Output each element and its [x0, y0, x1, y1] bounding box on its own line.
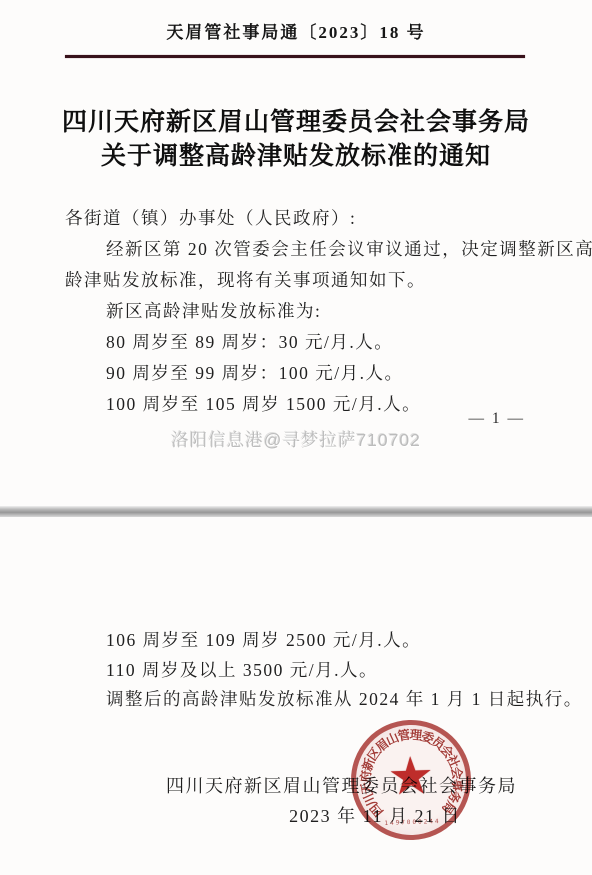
salutation-line: 各街道（镇）办事处（人民政府）:: [65, 203, 531, 234]
document-number: 天眉管社事局通〔2023〕18 号: [0, 18, 592, 43]
header-rule: [65, 55, 525, 58]
paragraph-line: 新区高龄津贴发放标准为:: [65, 296, 531, 327]
standard-line-90-99: 90 周岁至 99 周岁：100 元/月.人。: [65, 358, 531, 389]
title-line-1: 四川天府新区眉山管理委员会社会事务局: [62, 109, 530, 136]
standard-line-110-plus: 110 周岁及以上 3500 元/月.人。: [65, 656, 531, 686]
document-title: 四川天府新区眉山管理委员会社会事务局关于调整高龄津贴发放标准的通知: [0, 106, 592, 174]
scanned-notice-document: 天眉管社事局通〔2023〕18 号 四川天府新区眉山管理委员会社会事务局关于调整…: [0, 0, 592, 875]
paragraph-line: 龄津贴发放标准，现将有关事项通知如下。: [65, 265, 531, 296]
effective-date-line: 调整后的高龄津贴发放标准从 2024 年 1 月 1 日起执行。: [65, 685, 531, 715]
star-icon: ★: [387, 750, 435, 804]
page-number: — 1 —: [469, 410, 526, 428]
body-page-1: 各街道（镇）办事处（人民政府）: 经新区第 20 次管委会主任会议审议通过，决定…: [65, 203, 531, 420]
body-page-2: 106 周岁至 109 周岁 2500 元/月.人。 110 周岁及以上 350…: [65, 626, 531, 715]
paragraph-line: 经新区第 20 次管委会主任会议审议通过，决定调整新区高: [65, 234, 531, 265]
title-line-2: 关于调整高龄津贴发放标准的通知: [101, 143, 491, 170]
official-red-seal: 四川天府新区眉山管理委员会社会事务局 ★ 1497000244: [349, 718, 473, 842]
standard-line-80-89: 80 周岁至 89 周岁：30 元/月.人。: [65, 327, 531, 358]
watermark-text: 洛阳信息港@寻梦拉萨710702: [0, 427, 592, 452]
standard-line-106-109: 106 周岁至 109 周岁 2500 元/月.人。: [65, 626, 531, 656]
standard-line-100-105: 100 周岁至 105 周岁 1500 元/月.人。: [65, 389, 531, 420]
seal-ring-text: 四川天府新区眉山管理委员会社会事务局: [354, 723, 464, 727]
page-break-divider: [0, 506, 592, 517]
